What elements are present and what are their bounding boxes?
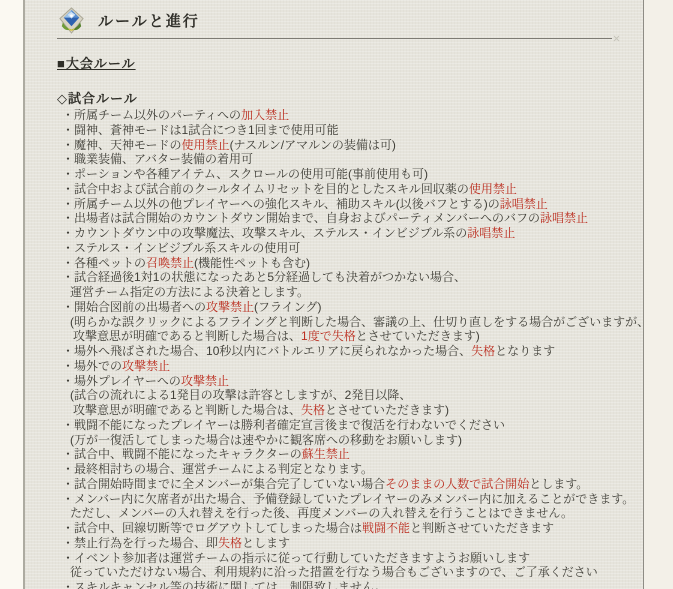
rule-text: 場外へ飛ばされた場合、10秒以内にバトルエリアに戻られなかった場合、 (74, 344, 471, 358)
rule-text: 最終相討ちの場合、運営チームによる判定となります。 (74, 462, 373, 476)
bullet-marker: ・ (62, 374, 74, 388)
rule-line: ・禁止行為を行った場合、即失格とします (57, 536, 643, 551)
rule-text: 所属チーム以外のパーティへの (74, 108, 241, 122)
rule-text-emphasis: 失格 (218, 536, 242, 550)
rule-text: 各種ペットの (74, 256, 146, 270)
divider-end-ornament (613, 35, 620, 42)
rule-line: ・出場者は試合開始のカウントダウン開始まで、自身およびパーティメンバーへのバフの… (57, 211, 643, 226)
header-divider (57, 38, 612, 39)
bullet-marker: ・ (62, 108, 74, 122)
rule-line: ・場外プレイヤーへの攻撃禁止 (57, 374, 643, 389)
rule-line: ・魔神、天神モードの使用禁止(ナスルン/アマルンの装備は可) (57, 138, 643, 153)
rule-text-emphasis: 加入禁止 (241, 108, 289, 122)
rule-line: ・ステルス・インビジブル系スキルの使用可 (57, 241, 643, 256)
bullet-marker: ・ (62, 344, 74, 358)
bullet-marker: ・ (62, 300, 74, 314)
rule-line: (万が一復活してしまった場合は速やかに観客席への移動をお願いします) (57, 433, 643, 448)
rule-text: 試合中および試合前のクールタイムリセットを目的としたスキル回収薬の (74, 182, 469, 196)
rule-text-emphasis: 攻撃禁止 (206, 300, 254, 314)
rule-text: ステルス・インビジブル系スキルの使用可 (74, 241, 300, 255)
rule-text-emphasis: 失格 (471, 344, 495, 358)
rule-text: 闘神、蒼神モードは1試合につき1回まで使用可能 (74, 123, 339, 137)
bullet-marker: ・ (62, 197, 74, 211)
rule-text: 運営チーム指定の方法による決着とします。 (70, 285, 309, 299)
rule-text: 試合中、回線切断等でログアウトしてしまった場合は (74, 521, 362, 535)
rule-text: 魔神、天神モードの (74, 138, 182, 152)
rule-text-emphasis: 攻撃禁止 (181, 374, 229, 388)
rule-line: 運営チーム指定の方法による決着とします。 (57, 285, 643, 300)
rule-text: とします。 (529, 477, 588, 491)
bullet-marker: ・ (62, 551, 74, 565)
rule-line: ・試合中、回線切断等でログアウトしてしまった場合は戦闘不能と判断させていただきま… (57, 521, 643, 536)
rule-text: 攻撃意思が明確であると判断した場合は、 (73, 403, 301, 417)
rule-line: ・闘神、蒼神モードは1試合につき1回まで使用可能 (57, 123, 643, 138)
rule-text-emphasis: 戦闘不能 (362, 521, 410, 535)
rule-line: ・開始合図前の出場者への攻撃禁止(フライング) (57, 300, 643, 315)
rule-text-emphasis: 使用禁止 (182, 138, 230, 152)
gem-crest-icon (57, 7, 86, 34)
rule-line: ・場外での攻撃禁止 (57, 359, 643, 374)
rules-panel: ルールと進行 ■大会ルール ◇試合ルール ・所属チーム以外のパーティへの加入禁止… (23, 0, 644, 589)
bullet-marker: ・ (62, 226, 74, 240)
rule-text-emphasis: 失格 (301, 403, 325, 417)
rule-text: (万が一復活してしまった場合は速やかに観客席への移動をお願いします) (70, 433, 462, 447)
rule-text-emphasis: そのままの人数で試合開始 (385, 477, 529, 491)
rule-text: 試合開始時間までに全メンバーが集合完了していない場合 (74, 477, 385, 491)
rule-text-emphasis: 蘇生禁止 (302, 447, 350, 461)
rule-text: ただし、メンバーの入れ替えを行った後、再度メンバーの入れ替えを行うことはできませ… (70, 506, 573, 520)
rule-line: ただし、メンバーの入れ替えを行った後、再度メンバーの入れ替えを行うことはできませ… (57, 506, 643, 521)
bullet-marker: ・ (62, 418, 74, 432)
bullet-marker: ・ (62, 462, 74, 476)
rule-line: 攻撃意思が明確であると判断した場合は、失格とさせていただきます) (57, 403, 643, 418)
rule-text: 試合中、戦闘不能になったキャラクターの (74, 447, 302, 461)
rule-text: メンバー内に欠席者が出た場合、予備登録していたプレイヤーのみメンバー内に加えるこ… (74, 492, 634, 506)
rule-line: 従っていただけない場合、利用規約に沿った措置を行なう場合もございますので、ご了承… (57, 565, 643, 580)
rule-line: ・試合中、戦闘不能になったキャラクターの蘇生禁止 (57, 447, 643, 462)
bullet-marker: ・ (62, 241, 74, 255)
bullet-marker: ・ (62, 138, 74, 152)
rule-text-emphasis: 使用禁止 (469, 182, 517, 196)
bullet-marker: ・ (62, 152, 74, 166)
rule-text: 出場者は試合開始のカウントダウン開始まで、自身およびパーティメンバーへのバフの (74, 211, 540, 225)
rule-line: ・各種ペットの召喚禁止(機能性ペットも含む) (57, 256, 643, 271)
rule-text: とさせていただきます) (325, 403, 449, 417)
rule-line: ・最終相討ちの場合、運営チームによる判定となります。 (57, 462, 643, 477)
rule-line: ・メンバー内に欠席者が出た場合、予備登録していたプレイヤーのみメンバー内に加える… (57, 492, 643, 507)
rule-text: ポーションや各種アイテム、スクロールの使用可能(事前使用も可) (74, 167, 428, 181)
bullet-marker: ・ (62, 477, 74, 491)
rule-text: 開始合図前の出場者への (74, 300, 206, 314)
rule-line: ・場外へ飛ばされた場合、10秒以内にバトルエリアに戻られなかった場合、失格となり… (57, 344, 643, 359)
rule-line: ・試合経過後1対1の状態になったあと5分経過しても決着がつかない場合、 (57, 270, 643, 285)
rule-text-emphasis: 召喚禁止 (146, 256, 194, 270)
rule-line: ・所属チーム以外のパーティへの加入禁止 (57, 108, 643, 123)
right-margin-strip (644, 0, 673, 589)
bullet-marker: ・ (62, 536, 74, 550)
bullet-marker: ・ (62, 167, 74, 181)
bullet-marker: ・ (62, 182, 74, 196)
rule-text-emphasis: 攻撃禁止 (122, 359, 170, 373)
rule-line: (明らかな誤クリックによるフライングと判断した場合、審議の上、仕切り直しをする場… (57, 315, 643, 330)
sub-heading-match-rules: ◇試合ルール (57, 88, 643, 107)
rule-line: ・所属チーム以外の他プレイヤーへの強化スキル、補助スキル(以後バフとする)の詠唱… (57, 197, 643, 212)
rule-line: ・スキルキャンセル等の技術に関しては、制限致しません。 (57, 580, 643, 589)
rule-line: ・職業装備、アバター装備の着用可 (57, 152, 643, 167)
rule-text: 場外での (74, 359, 122, 373)
bullet-marker: ・ (62, 580, 74, 589)
rule-text: 場外プレイヤーへの (74, 374, 181, 388)
rule-line: ・試合中および試合前のクールタイムリセットを目的としたスキル回収薬の使用禁止 (57, 182, 643, 197)
bullet-marker: ・ (62, 492, 74, 506)
bullet-marker: ・ (62, 521, 74, 535)
rule-text: (ナスルン/アマルンの装備は可) (230, 138, 396, 152)
rule-text: 戦闘不能になったプレイヤーは勝利者確定宣言後まで復活を行わないでください (74, 418, 505, 432)
rule-line: ・カウントダウン中の攻撃魔法、攻撃スキル、ステルス・インビジブル系の詠唱禁止 (57, 226, 643, 241)
bullet-marker: ・ (62, 270, 74, 284)
rule-text: 禁止行為を行った場合、即 (74, 536, 218, 550)
bullet-marker: ・ (62, 211, 74, 225)
rule-text: (機能性ペットも含む) (194, 256, 310, 270)
rule-line: 攻撃意思が明確であると判断した場合は、1度で失格とさせていただきます) (57, 329, 643, 344)
rule-text: と判断させていただきます (410, 521, 554, 535)
bullet-marker: ・ (62, 256, 74, 270)
rule-text: (明らかな誤クリックによるフライングと判断した場合、審議の上、仕切り直しをする場… (70, 315, 644, 329)
rule-text: とさせていただきます) (356, 329, 480, 343)
rule-text: となります (495, 344, 555, 358)
rule-text-emphasis: 詠唱禁止 (500, 197, 548, 211)
rule-line: ・試合開始時間までに全メンバーが集合完了していない場合そのままの人数で試合開始と… (57, 477, 643, 492)
bullet-marker: ・ (62, 447, 74, 461)
rule-text-emphasis: 1度で失格 (301, 329, 356, 343)
rule-text: (試合の流れによる1発目の攻撃は許容としますが、2発目以降、 (70, 388, 411, 402)
rule-text: 職業装備、アバター装備の着用可 (74, 152, 253, 166)
rule-text: スキルキャンセル等の技術に関しては、制限致しません。 (74, 580, 387, 589)
rule-text: 従っていただけない場合、利用規約に沿った措置を行なう場合もございますので、ご了承… (70, 565, 598, 579)
rule-text: 攻撃意思が明確であると判断した場合は、 (73, 329, 301, 343)
rule-line: (試合の流れによる1発目の攻撃は許容としますが、2発目以降、 (57, 388, 643, 403)
page-title: ルールと進行 (98, 10, 200, 31)
rule-text: カウントダウン中の攻撃魔法、攻撃スキル、ステルス・インビジブル系の (74, 226, 467, 240)
rule-text: イベント参加者は運営チームの指示に従って行動していただきますようお願いします (74, 551, 530, 565)
page-header: ルールと進行 (57, 6, 643, 34)
rule-text-emphasis: 詠唱禁止 (467, 226, 515, 240)
rules-list: ・所属チーム以外のパーティへの加入禁止・闘神、蒼神モードは1試合につき1回まで使… (57, 108, 643, 589)
bullet-marker: ・ (62, 359, 74, 373)
rule-line: ・戦闘不能になったプレイヤーは勝利者確定宣言後まで復活を行わないでください (57, 418, 643, 433)
rule-text: 所属チーム以外の他プレイヤーへの強化スキル、補助スキル(以後バフとする)の (74, 197, 500, 211)
rule-text: (フライング) (254, 300, 321, 314)
section-heading-tournament-rules: ■大会ルール (57, 53, 643, 72)
rule-text: 試合経過後1対1の状態になったあと5分経過しても決着がつかない場合、 (74, 270, 466, 284)
rule-text-emphasis: 詠唱禁止 (540, 211, 588, 225)
rules-page: { "header": { "title": "ルールと進行", "icon":… (0, 0, 673, 589)
rule-line: ・イベント参加者は運営チームの指示に従って行動していただきますようお願いします (57, 551, 643, 566)
rule-line: ・ポーションや各種アイテム、スクロールの使用可能(事前使用も可) (57, 167, 643, 182)
rule-text: とします (242, 536, 290, 550)
bullet-marker: ・ (62, 123, 74, 137)
